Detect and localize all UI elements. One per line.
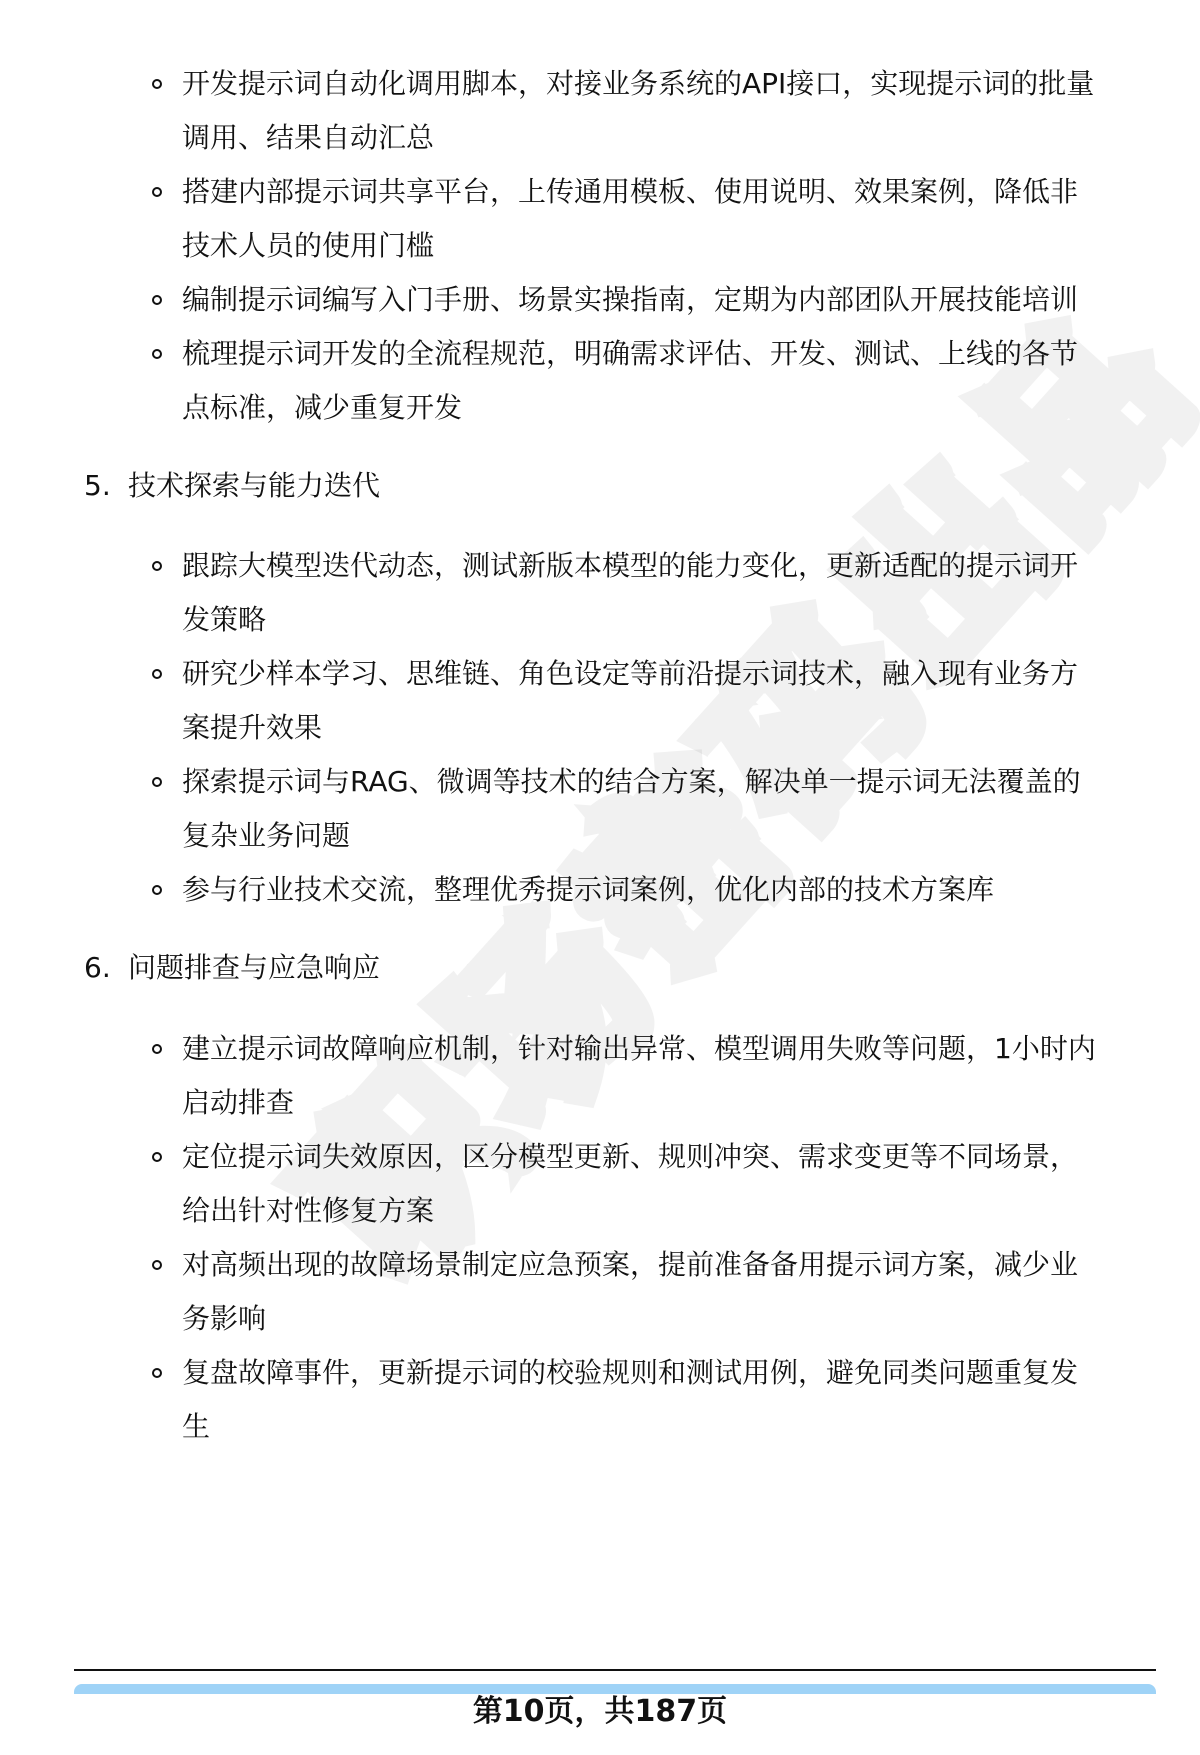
hollow-bullet-icon [152,187,162,197]
hollow-bullet-icon [152,1152,162,1162]
list-item-text: 调用、结果自动汇总 [182,120,434,156]
hollow-bullet-icon [152,561,162,571]
hollow-bullet-icon [152,79,162,89]
list-item-text: 编制提示词编写入门手册、场景实操指南，定期为内部团队开展技能培训 [182,282,1078,318]
list-item-text: 点标准，减少重复开发 [182,390,462,426]
list-item-text: 发策略 [182,602,266,638]
list-item-text: 探索提示词与RAG、微调等技术的结合方案，解决单一提示词无法覆盖的 [182,764,1081,800]
hollow-bullet-icon [152,1260,162,1270]
list-item-text: 务影响 [182,1301,266,1337]
list-item-text: 参与行业技术交流，整理优秀提示词案例，优化内部的技术方案库 [182,872,994,908]
section-number: 5. [84,468,128,504]
hollow-bullet-icon [152,885,162,895]
list-item-text: 搭建内部提示词共享平台，上传通用模板、使用说明、效果案例，降低非 [182,174,1078,210]
list-item-text: 对高频出现的故障场景制定应急预案，提前准备备用提示词方案，减少业 [182,1247,1078,1283]
hollow-bullet-icon [152,777,162,787]
hollow-bullet-icon [152,1044,162,1054]
watermark: 职场密码出品 [234,394,1106,1320]
footer-divider [74,1669,1156,1671]
list-item-text: 给出针对性修复方案 [182,1193,434,1229]
list-item-text: 定位提示词失效原因，区分模型更新、规则冲突、需求变更等不同场景， [182,1139,1078,1175]
list-item-text: 启动排查 [182,1085,294,1121]
list-item-text: 建立提示词故障响应机制，针对输出异常、模型调用失败等问题，1小时内 [182,1031,1096,1067]
list-item-text: 生 [182,1409,210,1445]
list-item-text: 梳理提示词开发的全流程规范，明确需求评估、开发、测试、上线的各节 [182,336,1078,372]
section-heading: 6.问题排查与应急响应 [84,950,380,986]
page-number: 第10页，共187页 [0,1692,1200,1732]
hollow-bullet-icon [152,295,162,305]
list-item-text: 开发提示词自动化调用脚本，对接业务系统的API接口，实现提示词的批量 [182,66,1094,102]
list-item-text: 案提升效果 [182,710,322,746]
list-item-text: 技术人员的使用门槛 [182,228,434,264]
list-item-text: 研究少样本学习、思维链、角色设定等前沿提示词技术，融入现有业务方 [182,656,1078,692]
section-title: 技术探索与能力迭代 [128,469,380,502]
section-heading: 5.技术探索与能力迭代 [84,468,380,504]
list-item-text: 跟踪大模型迭代动态，测试新版本模型的能力变化，更新适配的提示词开 [182,548,1078,584]
hollow-bullet-icon [152,349,162,359]
list-item-text: 复杂业务问题 [182,818,350,854]
list-item-text: 复盘故障事件，更新提示词的校验规则和测试用例，避免同类问题重复发 [182,1355,1078,1391]
hollow-bullet-icon [152,669,162,679]
section-number: 6. [84,950,128,986]
hollow-bullet-icon [152,1368,162,1378]
section-title: 问题排查与应急响应 [128,951,380,984]
